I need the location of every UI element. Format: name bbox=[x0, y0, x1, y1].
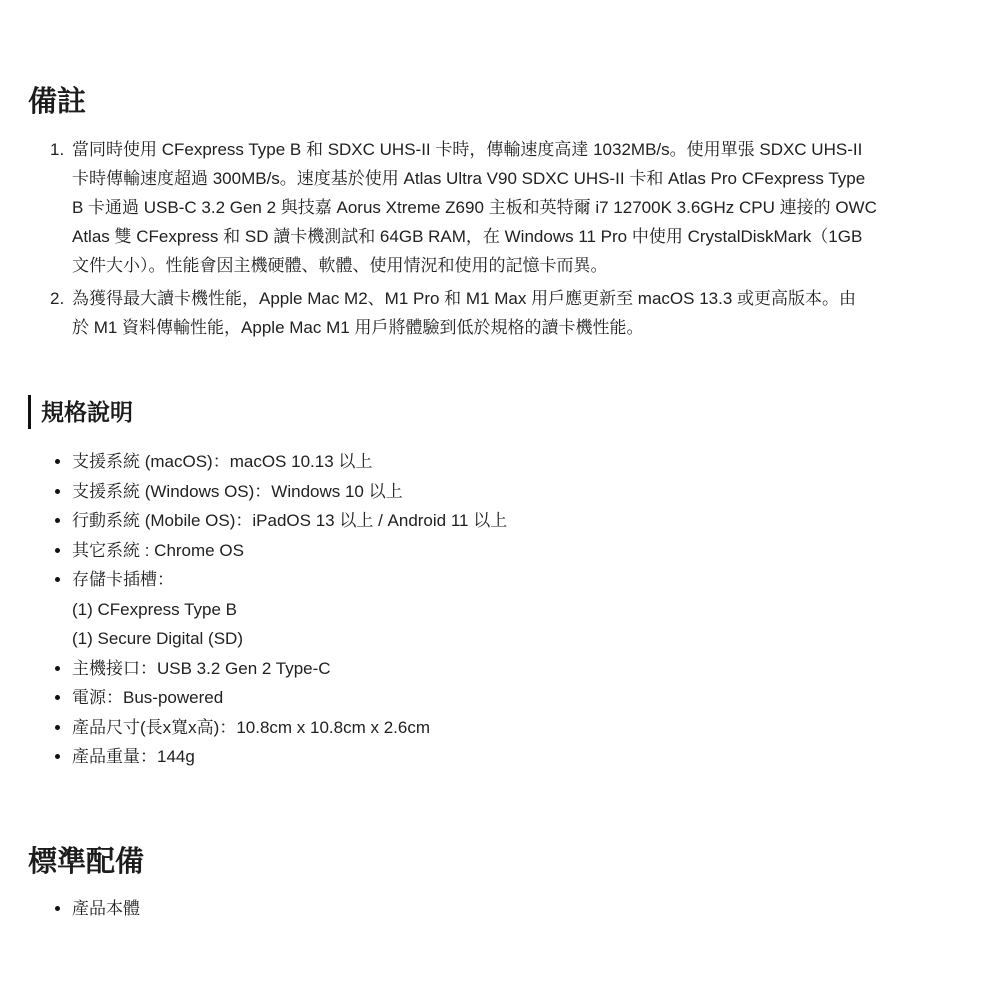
spec-item-text: 存儲卡插槽：(1) CFexpress Type B(1) Secure Dig… bbox=[72, 565, 970, 654]
spec-item: 支援系統 (macOS)：macOS 10.13 以上 bbox=[52, 447, 970, 477]
text-line: 主機接口：USB 3.2 Gen 2 Type-C bbox=[72, 654, 970, 684]
spec-item-text: 電源：Bus-powered bbox=[72, 683, 970, 713]
text-line: 當同時使用 CFexpress Type B 和 SDXC UHS-II 卡時，… bbox=[72, 135, 970, 164]
note-item-number: 2. bbox=[50, 284, 72, 313]
note-item: 2. 為獲得最大讀卡機性能，Apple Mac M2、M1 Pro 和 M1 M… bbox=[50, 284, 970, 342]
specs-heading: 規格說明 bbox=[28, 395, 970, 429]
text-line: 於 M1 資料傳輸性能，Apple Mac M1 用戶將體驗到低於規格的讀卡機性… bbox=[72, 313, 970, 342]
text-line: 文件大小）。性能會因主機硬體、軟體、使用情況和使用的記憶卡而異。 bbox=[72, 251, 970, 280]
note-item-text: 為獲得最大讀卡機性能，Apple Mac M2、M1 Pro 和 M1 Max … bbox=[72, 284, 970, 342]
text-line: 產品重量：144g bbox=[72, 742, 970, 772]
notes-section: 備註 1. 當同時使用 CFexpress Type B 和 SDXC UHS-… bbox=[28, 84, 970, 342]
spec-item: 產品重量：144g bbox=[52, 742, 970, 772]
bullet-icon bbox=[52, 477, 72, 507]
bullet-icon bbox=[52, 447, 72, 477]
text-line: Atlas 雙 CFexpress 和 SD 讀卡機測試和 64GB RAM，在… bbox=[72, 222, 970, 251]
text-line: 存儲卡插槽： bbox=[72, 565, 970, 595]
notes-heading: 備註 bbox=[28, 84, 970, 120]
accessories-section: 標準配備 產品本體 bbox=[28, 844, 970, 924]
bullet-icon bbox=[52, 565, 72, 595]
product-description-page: 備註 1. 當同時使用 CFexpress Type B 和 SDXC UHS-… bbox=[0, 0, 1000, 1000]
text-line: 為獲得最大讀卡機性能，Apple Mac M2、M1 Pro 和 M1 Max … bbox=[72, 284, 970, 313]
spec-item: 產品尺寸(長x寬x高)：10.8cm x 10.8cm x 2.6cm bbox=[52, 713, 970, 743]
spec-item-text: 其它系統 : Chrome OS bbox=[72, 536, 970, 566]
text-line: 其它系統 : Chrome OS bbox=[72, 536, 970, 566]
text-line: 卡時傳輸速度超過 300MB/s。速度基於使用 Atlas Ultra V90 … bbox=[72, 164, 970, 193]
note-item-text: 當同時使用 CFexpress Type B 和 SDXC UHS-II 卡時，… bbox=[72, 135, 970, 280]
bullet-icon bbox=[52, 742, 72, 772]
text-line: 支援系統 (Windows OS)：Windows 10 以上 bbox=[72, 477, 970, 507]
text-line: 行動系統 (Mobile OS)：iPadOS 13 以上 / Android … bbox=[72, 506, 970, 536]
text-line: (1) CFexpress Type B bbox=[72, 595, 970, 625]
note-item-number: 1. bbox=[50, 135, 72, 164]
spec-item-text: 產品尺寸(長x寬x高)：10.8cm x 10.8cm x 2.6cm bbox=[72, 713, 970, 743]
accessory-item: 產品本體 bbox=[52, 894, 970, 924]
text-line: 產品本體 bbox=[72, 894, 970, 924]
accessories-list: 產品本體 bbox=[52, 894, 970, 924]
bullet-icon bbox=[52, 713, 72, 743]
bullet-icon bbox=[52, 536, 72, 566]
text-line: 支援系統 (macOS)：macOS 10.13 以上 bbox=[72, 447, 970, 477]
notes-list: 1. 當同時使用 CFexpress Type B 和 SDXC UHS-II … bbox=[50, 135, 970, 342]
spec-item-text: 支援系統 (Windows OS)：Windows 10 以上 bbox=[72, 477, 970, 507]
text-line: 產品尺寸(長x寬x高)：10.8cm x 10.8cm x 2.6cm bbox=[72, 713, 970, 743]
spec-item: 存儲卡插槽：(1) CFexpress Type B(1) Secure Dig… bbox=[52, 565, 970, 654]
text-line: 電源：Bus-powered bbox=[72, 683, 970, 713]
spec-item-text: 行動系統 (Mobile OS)：iPadOS 13 以上 / Android … bbox=[72, 506, 970, 536]
text-line: B 卡通過 USB-C 3.2 Gen 2 與技嘉 Aorus Xtreme Z… bbox=[72, 193, 970, 222]
spec-item-text: 主機接口：USB 3.2 Gen 2 Type-C bbox=[72, 654, 970, 684]
spec-item: 支援系統 (Windows OS)：Windows 10 以上 bbox=[52, 477, 970, 507]
specs-section: 規格說明 支援系統 (macOS)：macOS 10.13 以上 支援系統 (W… bbox=[28, 395, 970, 772]
bullet-icon bbox=[52, 654, 72, 684]
note-item: 1. 當同時使用 CFexpress Type B 和 SDXC UHS-II … bbox=[50, 135, 970, 280]
bullet-icon bbox=[52, 506, 72, 536]
accessory-item-text: 產品本體 bbox=[72, 894, 970, 924]
bullet-icon bbox=[52, 894, 72, 924]
spec-item: 行動系統 (Mobile OS)：iPadOS 13 以上 / Android … bbox=[52, 506, 970, 536]
spec-item: 電源：Bus-powered bbox=[52, 683, 970, 713]
text-line: (1) Secure Digital (SD) bbox=[72, 624, 970, 654]
specs-list: 支援系統 (macOS)：macOS 10.13 以上 支援系統 (Window… bbox=[52, 447, 970, 772]
spec-item: 其它系統 : Chrome OS bbox=[52, 536, 970, 566]
spec-item-text: 產品重量：144g bbox=[72, 742, 970, 772]
spec-item: 主機接口：USB 3.2 Gen 2 Type-C bbox=[52, 654, 970, 684]
bullet-icon bbox=[52, 683, 72, 713]
spec-item-text: 支援系統 (macOS)：macOS 10.13 以上 bbox=[72, 447, 970, 477]
accessories-heading: 標準配備 bbox=[28, 844, 970, 880]
